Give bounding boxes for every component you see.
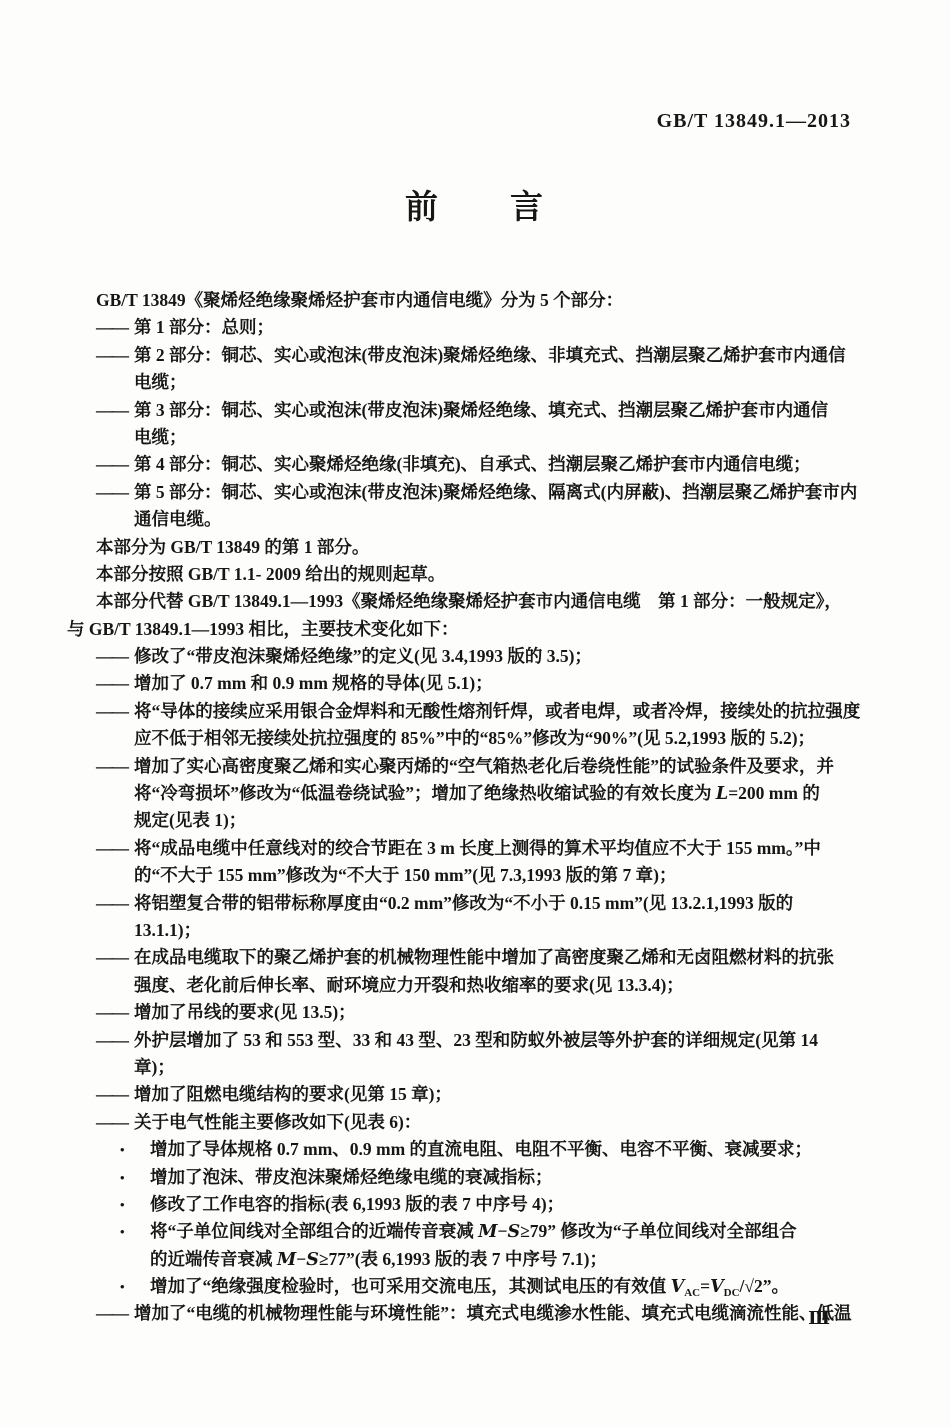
line-text: 增加了吊线的要求(见 13.5)； bbox=[134, 1002, 356, 1022]
text-line: ——增加了实心高密度聚乙烯和实心聚丙烯的“空气箱热老化后卷绕性能”的试验条件及要… bbox=[96, 753, 862, 780]
text-line: ——将“成品电缆中任意线对的绞合节距在 3 m 长度上测得的算术平均值应不大于 … bbox=[96, 835, 862, 862]
text-line: GB/T 13849《聚烯烃绝缘聚烯烃护套市内通信电缆》分为 5 个部分： bbox=[96, 287, 862, 314]
text-line: 本部分代替 GB/T 13849.1—1993《聚烯烃绝缘聚烯烃护套市内通信电缆… bbox=[96, 588, 862, 615]
text-line: 的近端传音衰减 M−S≥77”(表 6,1993 版的表 7 中序号 7.1)； bbox=[96, 1246, 862, 1273]
standard-number: GB/T 13849.1—2013 bbox=[657, 110, 851, 133]
dash-marker: —— bbox=[96, 944, 134, 971]
bullet-marker: • bbox=[120, 1164, 150, 1191]
dash-marker: —— bbox=[96, 890, 134, 917]
line-text: 增加了泡沫、带皮泡沫聚烯烃绝缘电缆的衰减指标； bbox=[150, 1167, 553, 1187]
line-text: 将“子单位间线对全部组合的近端传音衰减 M−S≥79” 修改为“子单位间线对全部… bbox=[150, 1221, 797, 1241]
page-title: 前 言 bbox=[0, 181, 950, 228]
line-text: 电缆； bbox=[134, 372, 187, 392]
dash-marker: —— bbox=[96, 314, 134, 341]
text-line: ——第 4 部分：铜芯、实心聚烯烃绝缘(非填充)、自承式、挡潮层聚乙烯护套市内通… bbox=[96, 451, 862, 478]
text-line: 应不低于相邻无接续处抗拉强度的 85%”中的“85%”修改为“90%”(见 5.… bbox=[96, 725, 862, 752]
dash-marker: —— bbox=[96, 670, 134, 697]
line-text: 章)； bbox=[134, 1057, 175, 1077]
line-text: 的“不大于 155 mm”修改为“不大于 150 mm”(见 7.3,1993 … bbox=[134, 865, 676, 885]
text-line: 强度、老化前后伸长率、耐环境应力开裂和热收缩率的要求(见 13.3.4)； bbox=[96, 972, 862, 999]
line-text: GB/T 13849《聚烯烃绝缘聚烯烃护套市内通信电缆》分为 5 个部分： bbox=[96, 290, 623, 310]
line-text: 将“成品电缆中任意线对的绞合节距在 3 m 长度上测得的算术平均值应不大于 15… bbox=[134, 838, 821, 858]
line-text: 电缆； bbox=[134, 427, 187, 447]
line-text: 的近端传音衰减 M−S≥77”(表 6,1993 版的表 7 中序号 7.1)； bbox=[150, 1249, 607, 1269]
dash-marker: —— bbox=[96, 451, 134, 478]
text-line: 将“冷弯损坏”修改为“低温卷绕试验”；增加了绝缘热收缩试验的有效长度为 L=20… bbox=[96, 780, 862, 807]
bullet-marker: • bbox=[120, 1136, 150, 1163]
page-number: Ⅲ bbox=[808, 1308, 830, 1329]
bullet-marker: • bbox=[120, 1218, 150, 1245]
dash-marker: —— bbox=[96, 643, 134, 670]
dash-marker: —— bbox=[96, 1027, 134, 1054]
text-line: ——将铝塑复合带的铝带标称厚度由“0.2 mm”修改为“不小于 0.15 mm”… bbox=[96, 890, 862, 917]
text-line: 13.1.1)； bbox=[96, 917, 862, 944]
line-text: 增加了实心高密度聚乙烯和实心聚丙烯的“空气箱热老化后卷绕性能”的试验条件及要求，… bbox=[134, 756, 834, 776]
text-line: 本部分按照 GB/T 1.1- 2009 给出的规则起草。 bbox=[96, 561, 862, 588]
text-line: ——外护层增加了 53 和 553 型、33 和 43 型、23 型和防蚁外被层… bbox=[96, 1027, 862, 1054]
line-text: 增加了阻燃电缆结构的要求(见第 15 章)； bbox=[134, 1084, 452, 1104]
dash-marker: —— bbox=[96, 753, 134, 780]
line-text: 将“冷弯损坏”修改为“低温卷绕试验”；增加了绝缘热收缩试验的有效长度为 L=20… bbox=[134, 783, 820, 803]
line-text: 第 5 部分：铜芯、实心或泡沫(带皮泡沫)聚烯烃绝缘、隔离式(内屏蔽)、挡潮层聚… bbox=[134, 482, 857, 502]
line-text: 第 2 部分：铜芯、实心或泡沫(带皮泡沫)聚烯烃绝缘、非填充式、挡潮层聚乙烯护套… bbox=[134, 345, 846, 365]
line-text: 本部分代替 GB/T 13849.1—1993《聚烯烃绝缘聚烯烃护套市内通信电缆… bbox=[96, 591, 842, 611]
text-line: 章)； bbox=[96, 1054, 862, 1081]
text-line: 电缆； bbox=[96, 369, 862, 396]
line-text: 第 4 部分：铜芯、实心聚烯烃绝缘(非填充)、自承式、挡潮层聚乙烯护套市内通信电… bbox=[134, 454, 811, 474]
text-line: •增加了“绝缘强度检验时，也可采用交流电压，其测试电压的有效值 VAC=VDC/… bbox=[96, 1273, 862, 1300]
text-line: •增加了泡沫、带皮泡沫聚烯烃绝缘电缆的衰减指标； bbox=[96, 1164, 862, 1191]
text-line: ——增加了阻燃电缆结构的要求(见第 15 章)； bbox=[96, 1081, 862, 1108]
text-line: ——第 2 部分：铜芯、实心或泡沫(带皮泡沫)聚烯烃绝缘、非填充式、挡潮层聚乙烯… bbox=[96, 342, 862, 369]
text-line: •将“子单位间线对全部组合的近端传音衰减 M−S≥79” 修改为“子单位间线对全… bbox=[96, 1218, 862, 1245]
bullet-marker: • bbox=[120, 1273, 150, 1300]
line-text: 增加了“电缆的机械物理性能与环境性能”：填充式电缆渗水性能、填充式电缆滴流性能、… bbox=[134, 1303, 852, 1323]
dash-marker: —— bbox=[96, 835, 134, 862]
line-text: 第 3 部分：铜芯、实心或泡沫(带皮泡沫)聚烯烃绝缘、填充式、挡潮层聚乙烯护套市… bbox=[134, 400, 828, 420]
line-text: 将铝塑复合带的铝带标称厚度由“0.2 mm”修改为“不小于 0.15 mm”(见… bbox=[134, 893, 793, 913]
text-line: ——第 3 部分：铜芯、实心或泡沫(带皮泡沫)聚烯烃绝缘、填充式、挡潮层聚乙烯护… bbox=[96, 397, 862, 424]
dash-marker: —— bbox=[96, 999, 134, 1026]
dash-marker: —— bbox=[96, 397, 134, 424]
text-line: ——将“导体的接续应采用银合金焊料和无酸性熔剂钎焊，或者电焊，或者冷焊，接续处的… bbox=[96, 698, 862, 725]
document-body: GB/T 13849《聚烯烃绝缘聚烯烃护套市内通信电缆》分为 5 个部分：——第… bbox=[96, 287, 862, 1328]
line-text: 规定(见表 1)； bbox=[134, 810, 246, 830]
line-text: 本部分按照 GB/T 1.1- 2009 给出的规则起草。 bbox=[96, 564, 445, 584]
line-text: 增加了导体规格 0.7 mm、0.9 mm 的直流电阻、电阻不平衡、电容不平衡、… bbox=[150, 1139, 812, 1159]
line-text: 强度、老化前后伸长率、耐环境应力开裂和热收缩率的要求(见 13.3.4)； bbox=[134, 975, 684, 995]
text-line: 规定(见表 1)； bbox=[96, 807, 862, 834]
line-text: 关于电气性能主要修改如下(见表 6)： bbox=[134, 1112, 421, 1132]
line-text: 第 1 部分：总则； bbox=[134, 317, 274, 337]
text-line: 本部分为 GB/T 13849 的第 1 部分。 bbox=[96, 534, 862, 561]
scanned-document-page: GB/T 13849.1—2013 前 言 GB/T 13849《聚烯烃绝缘聚烯… bbox=[0, 0, 950, 1427]
text-line: ——增加了“电缆的机械物理性能与环境性能”：填充式电缆渗水性能、填充式电缆滴流性… bbox=[96, 1300, 862, 1327]
dash-marker: —— bbox=[96, 479, 134, 506]
text-line: ——修改了“带皮泡沫聚烯烃绝缘”的定义(见 3.4,1993 版的 3.5)； bbox=[96, 643, 862, 670]
text-line: 与 GB/T 13849.1—1993 相比，主要技术变化如下： bbox=[67, 616, 862, 643]
line-text: 在成品电缆取下的聚乙烯护套的机械物理性能中增加了高密度聚乙烯和无卤阻燃材料的抗张 bbox=[134, 947, 834, 967]
text-line: ——在成品电缆取下的聚乙烯护套的机械物理性能中增加了高密度聚乙烯和无卤阻燃材料的… bbox=[96, 944, 862, 971]
text-line: 通信电缆。 bbox=[96, 506, 862, 533]
text-line: ——增加了 0.7 mm 和 0.9 mm 规格的导体(见 5.1)； bbox=[96, 670, 862, 697]
line-text: 本部分为 GB/T 13849 的第 1 部分。 bbox=[96, 537, 369, 557]
line-text: 应不低于相邻无接续处抗拉强度的 85%”中的“85%”修改为“90%”(见 5.… bbox=[134, 728, 815, 748]
line-text: 13.1.1)； bbox=[134, 920, 201, 940]
text-line: 的“不大于 155 mm”修改为“不大于 150 mm”(见 7.3,1993 … bbox=[96, 862, 862, 889]
line-text: 将“导体的接续应采用银合金焊料和无酸性熔剂钎焊，或者电焊，或者冷焊，接续处的抗拉… bbox=[134, 701, 860, 721]
dash-marker: —— bbox=[96, 698, 134, 725]
line-text: 修改了“带皮泡沫聚烯烃绝缘”的定义(见 3.4,1993 版的 3.5)； bbox=[134, 646, 592, 666]
text-line: ——第 5 部分：铜芯、实心或泡沫(带皮泡沫)聚烯烃绝缘、隔离式(内屏蔽)、挡潮… bbox=[96, 479, 862, 506]
line-text: 与 GB/T 13849.1—1993 相比，主要技术变化如下： bbox=[67, 619, 459, 639]
line-text: 修改了工作电容的指标(表 6,1993 版的表 7 中序号 4)； bbox=[150, 1194, 564, 1214]
line-text: 外护层增加了 53 和 553 型、33 和 43 型、23 型和防蚁外被层等外… bbox=[134, 1030, 818, 1050]
dash-marker: —— bbox=[96, 342, 134, 369]
dash-marker: —— bbox=[96, 1300, 134, 1327]
text-line: 电缆； bbox=[96, 424, 862, 451]
dash-marker: —— bbox=[96, 1081, 134, 1108]
bullet-marker: • bbox=[120, 1191, 150, 1218]
text-line: •增加了导体规格 0.7 mm、0.9 mm 的直流电阻、电阻不平衡、电容不平衡… bbox=[96, 1136, 862, 1163]
text-line: ——第 1 部分：总则； bbox=[96, 314, 862, 341]
dash-marker: —— bbox=[96, 1109, 134, 1136]
line-text: 增加了“绝缘强度检验时，也可采用交流电压，其测试电压的有效值 VAC=VDC/√… bbox=[150, 1276, 789, 1296]
text-line: ——关于电气性能主要修改如下(见表 6)： bbox=[96, 1109, 862, 1136]
text-line: •修改了工作电容的指标(表 6,1993 版的表 7 中序号 4)； bbox=[96, 1191, 862, 1218]
line-text: 增加了 0.7 mm 和 0.9 mm 规格的导体(见 5.1)； bbox=[134, 673, 493, 693]
text-line: ——增加了吊线的要求(见 13.5)； bbox=[96, 999, 862, 1026]
line-text: 通信电缆。 bbox=[134, 509, 222, 529]
